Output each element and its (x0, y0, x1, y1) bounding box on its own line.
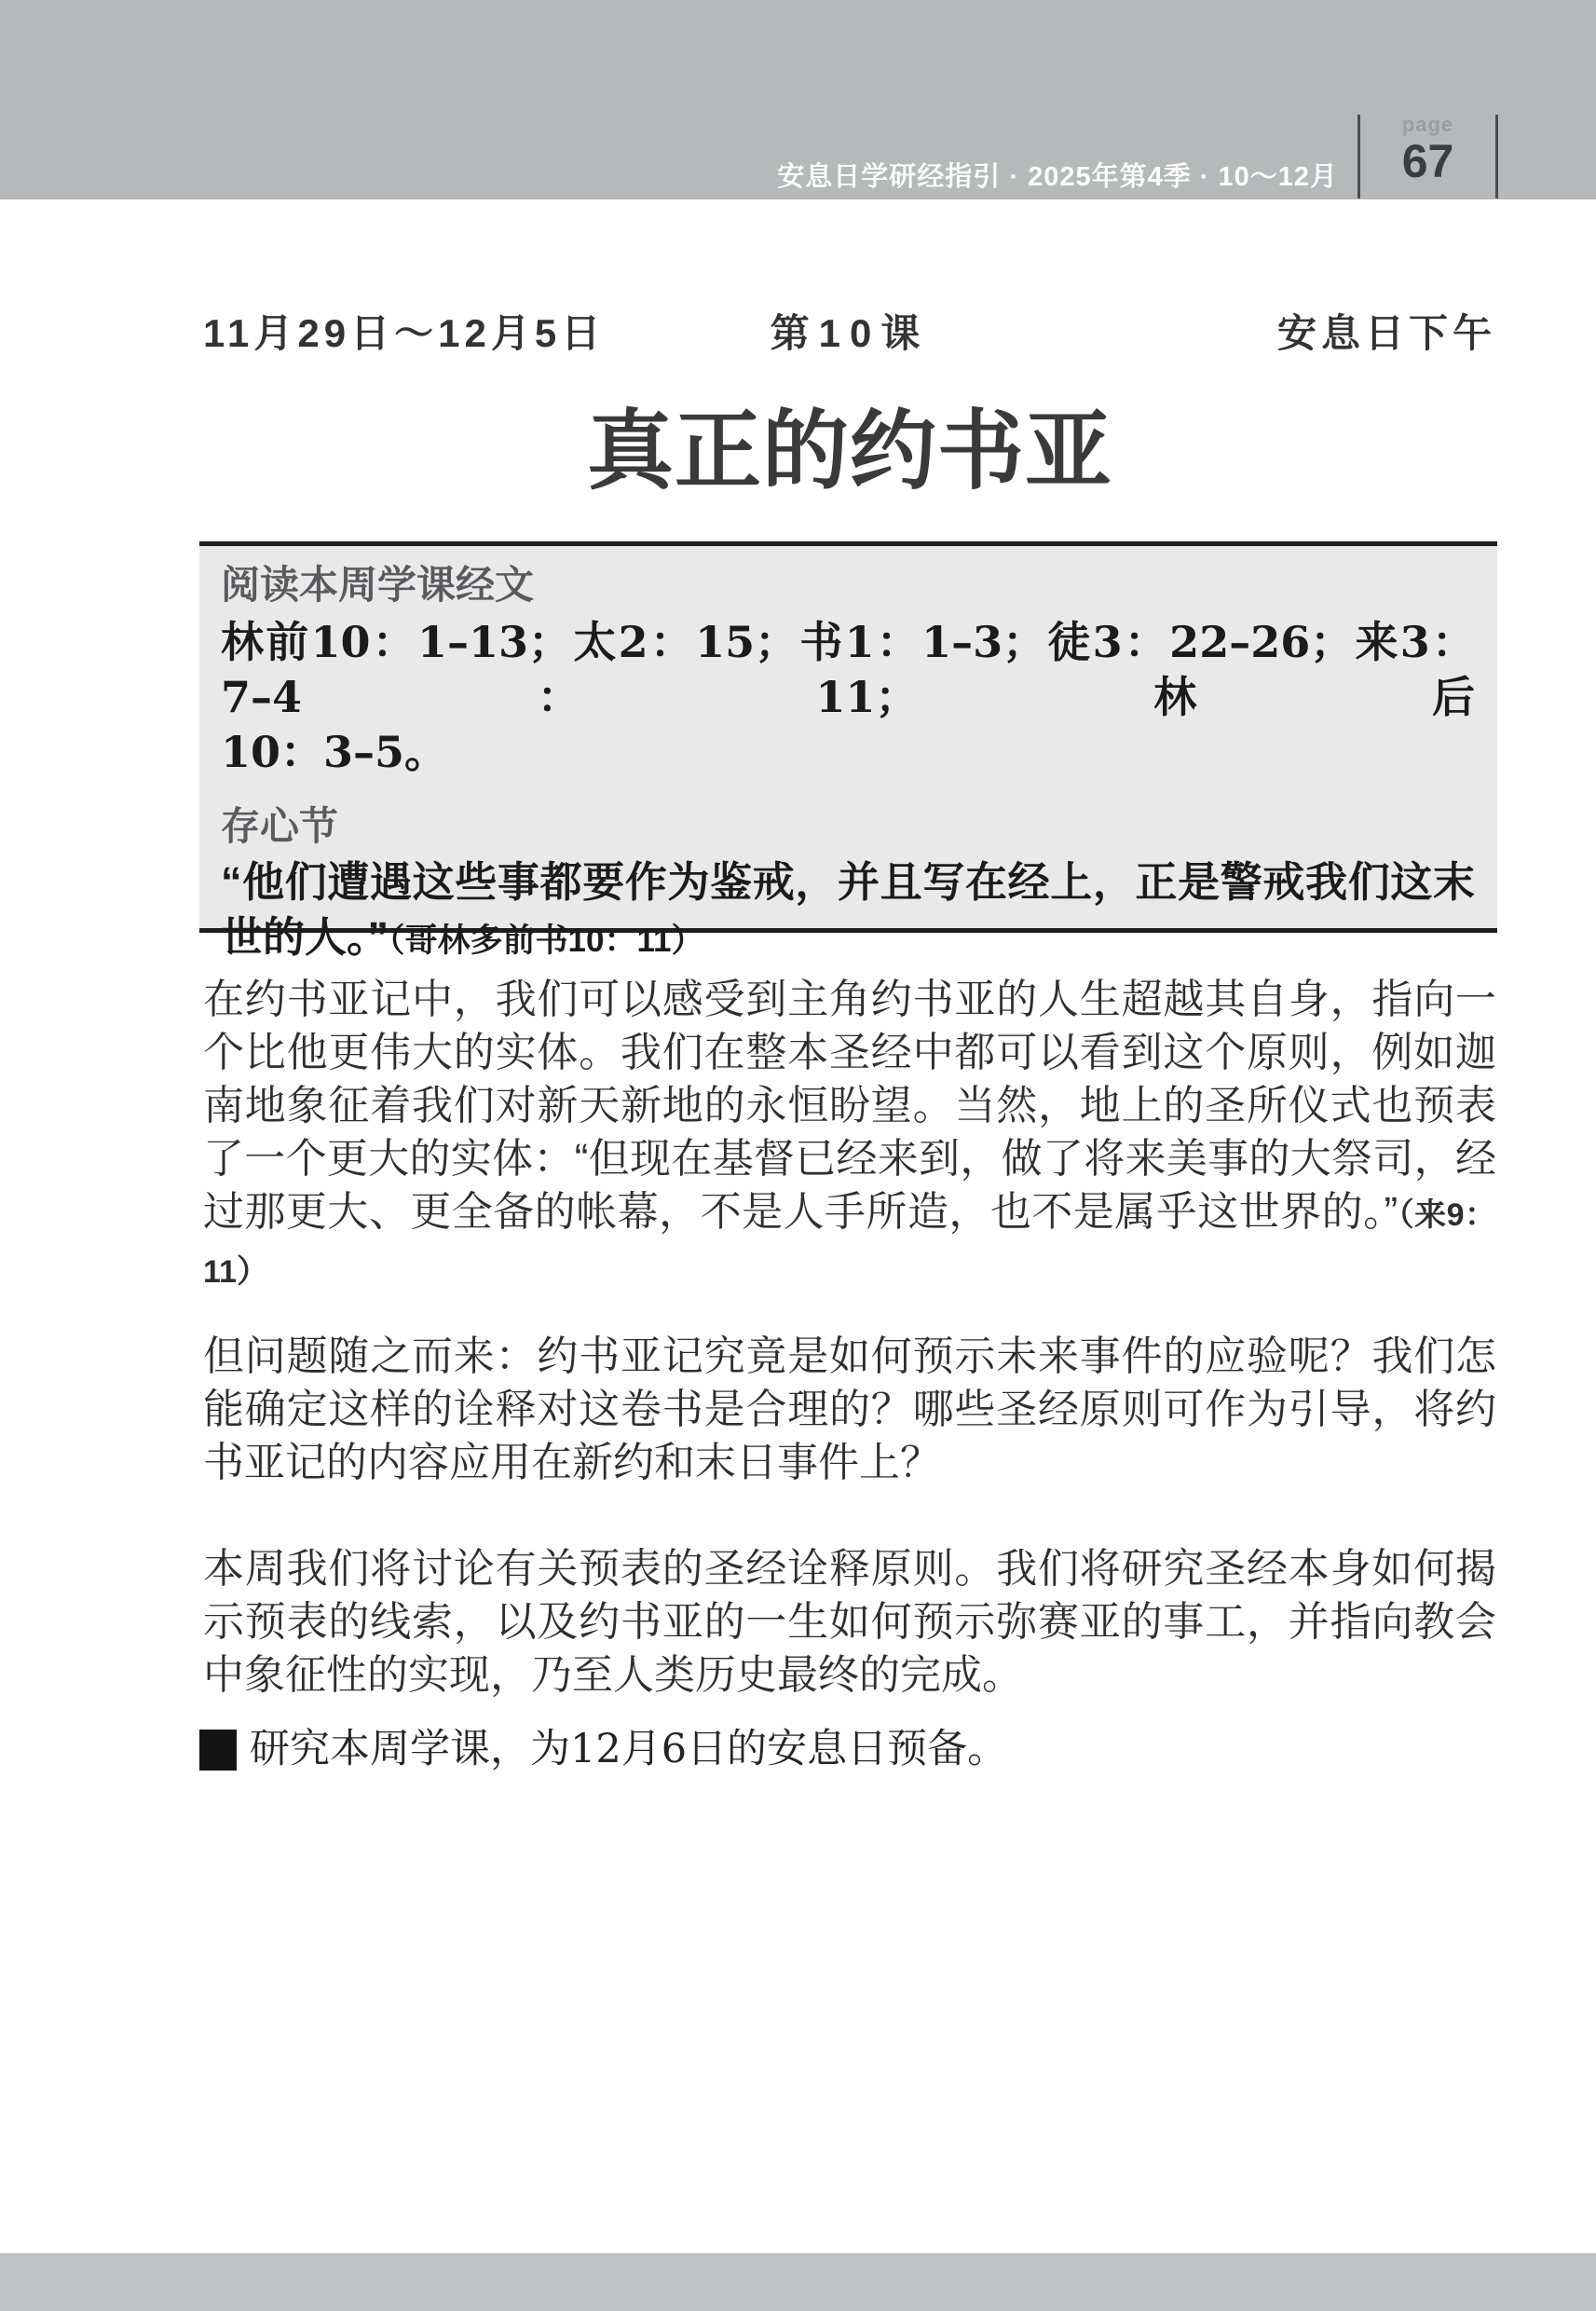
text-line: 11） (203, 1242, 1496, 1299)
reading-label: 阅读本周学课经文 (221, 563, 1475, 608)
text-segment: 世的人。” (221, 913, 389, 961)
text-line: 中象征性的实现，乃至人类历史最终的完成。 (203, 1648, 1496, 1702)
text-segment: 10：3–5。 (221, 727, 447, 777)
body-paragraph-2: 但问题随之而来：约书亚记究竟是如何预示未来事件的应验呢？我们怎能确定这样的诠释对… (203, 1330, 1496, 1489)
text-segment: 示预表的线索，以及约书亚的一生如何预示弥赛亚的事工，并指向教会 (203, 1599, 1496, 1645)
text-line: 示预表的线索，以及约书亚的一生如何预示弥赛亚的事工，并指向教会 (203, 1595, 1496, 1648)
text-segment: 过那更大、更全备的帐幕，不是人手所造，也不是属乎这世界的。” (203, 1189, 1398, 1235)
page-label: page (1360, 114, 1495, 136)
page-title: 真正的约书亚 (203, 403, 1496, 499)
text-line: 本周我们将讨论有关预表的圣经诠释原则。我们将研究圣经本身如何揭 (203, 1542, 1496, 1595)
text-line: 个比他更伟大的实体。我们在整本圣经中都可以看到这个原则，例如迦 (203, 1026, 1496, 1079)
text-segment: 能确定这样的诠释对这卷书是合理的？哪些圣经原则可作为引导，将约 (203, 1387, 1496, 1432)
text-line: 但问题随之而来：约书亚记究竟是如何预示未来事件的应验呢？我们怎 (203, 1330, 1496, 1383)
lesson-header-row: 11月29日～12月5日 第10课 安息日下午 (203, 311, 1496, 358)
text-segment: 本周我们将讨论有关预表的圣经诠释原则。我们将研究圣经本身如何揭 (203, 1546, 1496, 1592)
body-paragraph-1: 在约书亚记中，我们可以感受到主角约书亚的人生超越其自身，指向一个比他更伟大的实体… (203, 973, 1496, 1299)
text-segment: 中象征性的实现，乃至人类历史最终的完成。 (203, 1652, 1023, 1698)
scripture-reference: 11） (203, 1254, 268, 1290)
text-segment: 在约书亚记中，我们可以感受到主角约书亚的人生超越其自身，指向一 (203, 977, 1496, 1022)
study-note: 研究本周学课，为12月6日的安息日预备。 (199, 1726, 1493, 1772)
text-line: 林前10：1–13；太2：15；书1：1–3；徒3：22–26；来3：7–4：1… (221, 615, 1475, 725)
top-band: 安息日学研经指引 · 2025年第4季 · 10～12月 page 67 (0, 0, 1596, 199)
text-line: 了一个更大的实体：“但现在基督已经来到，做了将来美事的大祭司，经 (203, 1132, 1496, 1185)
text-segment: 个比他更伟大的实体。我们在整本圣经中都可以看到这个原则，例如迦 (203, 1030, 1496, 1075)
text-line: 世的人。”（哥林多前书10：11） (221, 909, 1475, 968)
page-indicator: page 67 (1360, 114, 1495, 185)
study-info-box: 阅读本周学课经文 林前10：1–13；太2：15；书1：1–3；徒3：22–26… (199, 541, 1497, 933)
text-line: 在约书亚记中，我们可以感受到主角约书亚的人生超越其自身，指向一 (203, 973, 1496, 1026)
lesson-session: 安息日下午 (1277, 311, 1496, 356)
text-segment: 了一个更大的实体：“但现在基督已经来到，做了将来美事的大祭司，经 (203, 1136, 1496, 1182)
text-segment: “他们遭遇这些事都要作为鉴戒，并且写在经上，正是警戒我们这末 (221, 858, 1475, 906)
memory-verse-label: 存心节 (221, 804, 1475, 849)
text-line: 南地象征着我们对新天新地的永恒盼望。当然，地上的圣所仪式也预表 (203, 1079, 1496, 1132)
text-line: 能确定这样的诠释对这卷书是合理的？哪些圣经原则可作为引导，将约 (203, 1383, 1496, 1436)
reading-scriptures: 林前10：1–13；太2：15；书1：1–3；徒3：22–26；来3：7–4：1… (221, 615, 1475, 780)
body-paragraph-3: 本周我们将讨论有关预表的圣经诠释原则。我们将研究圣经本身如何揭示预表的线索，以及… (203, 1542, 1496, 1702)
study-note-text: 研究本周学课，为12月6日的安息日预备。 (250, 1726, 1007, 1772)
text-line: 10：3–5。 (221, 725, 1475, 780)
text-segment: 书亚记的内容应用在新约和末日事件上？ (203, 1440, 941, 1485)
section-marker-square-icon (199, 1730, 237, 1771)
text-line: 书亚记的内容应用在新约和末日事件上？ (203, 1436, 1496, 1489)
text-segment: 南地象征着我们对新天新地的永恒盼望。当然，地上的圣所仪式也预表 (203, 1083, 1496, 1128)
text-segment: 林前10：1–13；太2：15；书1：1–3；徒3：22–26；来3：7–4：1… (221, 617, 1475, 722)
text-segment: 但问题随之而来：约书亚记究竟是如何预示未来事件的应验呢？我们怎 (203, 1333, 1496, 1379)
text-line: “他们遭遇这些事都要作为鉴戒，并且写在经上，正是警戒我们这末 (221, 855, 1475, 909)
scripture-reference: （来9： (1398, 1197, 1496, 1233)
journal-title: 安息日学研经指引 · 2025年第4季 · 10～12月 (777, 163, 1338, 191)
page-number: 67 (1360, 137, 1495, 185)
memory-verse-text: “他们遭遇这些事都要作为鉴戒，并且写在经上，正是警戒我们这末世的人。”（哥林多前… (221, 855, 1475, 968)
bottom-band (0, 2253, 1596, 2311)
page-divider-right (1495, 115, 1498, 198)
scripture-reference: （哥林多前书10：11） (389, 923, 703, 959)
magazine-page: { "colors": { "top_band_gray": "#b7b8ba"… (0, 0, 1596, 2311)
text-line: 过那更大、更全备的帐幕，不是人手所造，也不是属乎这世界的。”（来9： (203, 1185, 1496, 1242)
